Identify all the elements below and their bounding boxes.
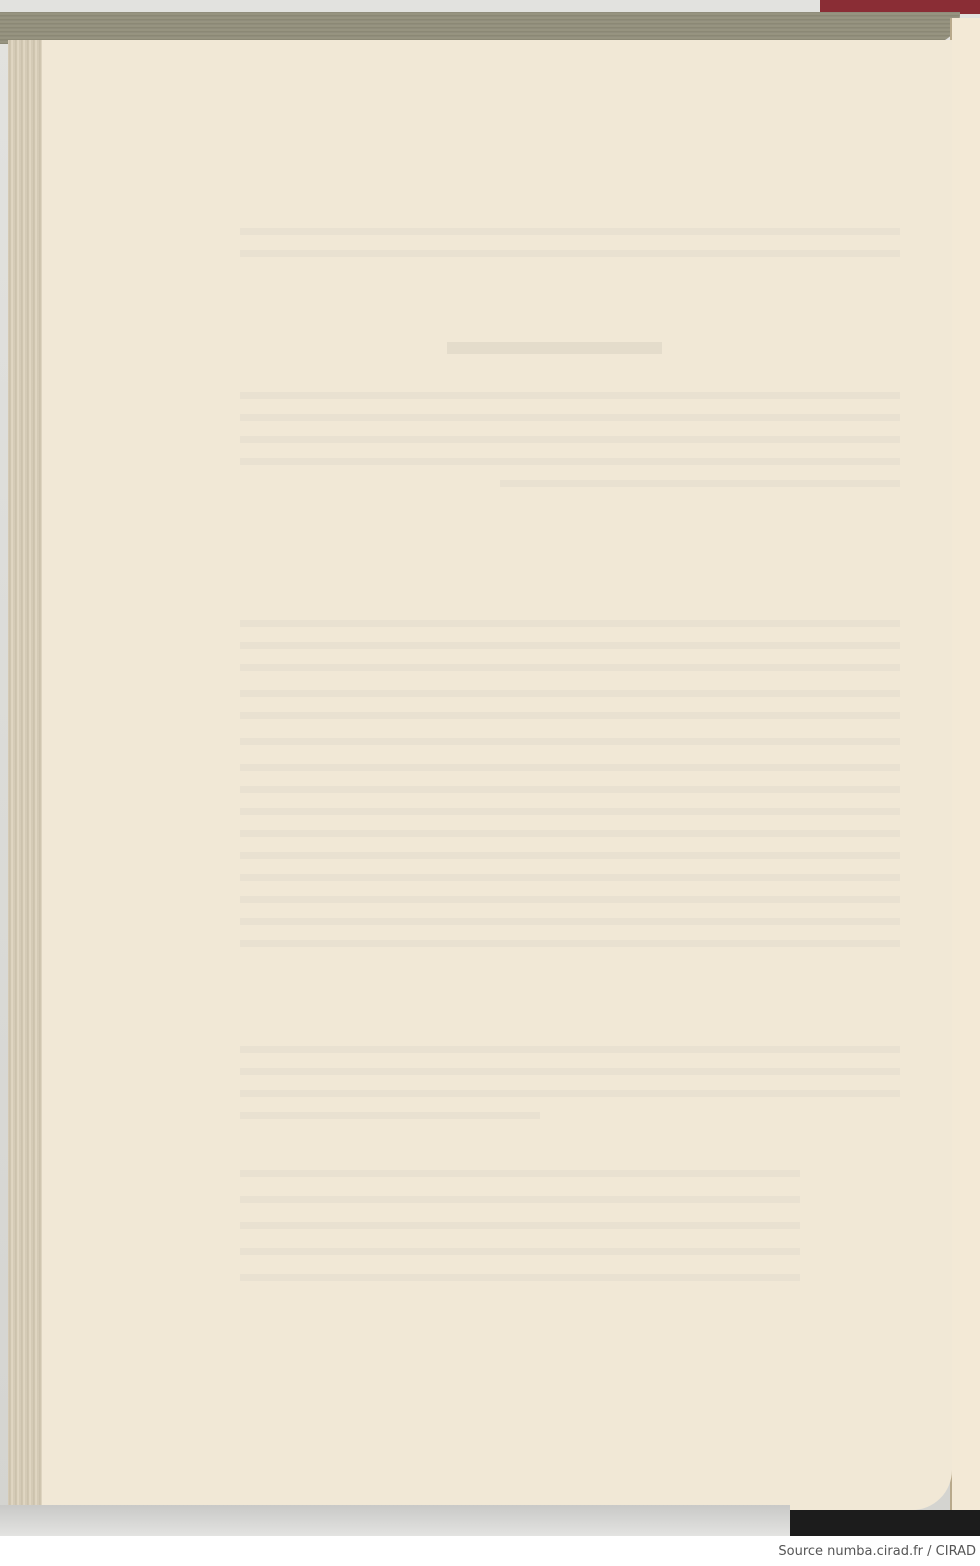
- show-through-line: [240, 1222, 800, 1229]
- show-through-line: [240, 786, 900, 793]
- show-through-line: [240, 458, 900, 465]
- show-through-line: [240, 228, 900, 235]
- show-through-line: [240, 1196, 800, 1203]
- page-stack-left-edge: [8, 40, 42, 1508]
- show-through-line: [240, 874, 900, 881]
- show-through-line: [240, 664, 900, 671]
- show-through-line: [240, 414, 900, 421]
- show-through-line: [500, 480, 900, 487]
- show-through-line: [240, 738, 900, 745]
- show-through-line: [240, 392, 900, 399]
- show-through-line: [240, 436, 900, 443]
- book-corner-shadow: [790, 1510, 980, 1536]
- show-through-line: [240, 1248, 800, 1255]
- blank-page: [8, 40, 952, 1510]
- show-through-line: [240, 1090, 900, 1097]
- show-through-line: [240, 250, 900, 257]
- show-through-line: [240, 642, 900, 649]
- show-through-line: [240, 1046, 900, 1053]
- show-through-line: [240, 1112, 540, 1119]
- show-through-line: [240, 940, 900, 947]
- show-through-line: [240, 1068, 900, 1075]
- show-through-line: [240, 690, 900, 697]
- show-through-line: [240, 808, 900, 815]
- show-through-line: [240, 1170, 800, 1177]
- show-through-line: [240, 830, 900, 837]
- show-through-heading: [447, 342, 662, 354]
- show-through-line: [240, 764, 900, 771]
- show-through-line: [240, 1274, 800, 1281]
- source-credit: Source numba.cirad.fr / CIRAD: [778, 1544, 976, 1559]
- page-bottom-shadow: [0, 1505, 790, 1536]
- show-through-line: [240, 918, 900, 925]
- show-through-line: [240, 852, 900, 859]
- scanned-page-image: [0, 0, 980, 1536]
- show-through-line: [240, 712, 900, 719]
- facing-page-edge: [950, 18, 980, 1518]
- show-through-line: [240, 620, 900, 627]
- show-through-line: [240, 896, 900, 903]
